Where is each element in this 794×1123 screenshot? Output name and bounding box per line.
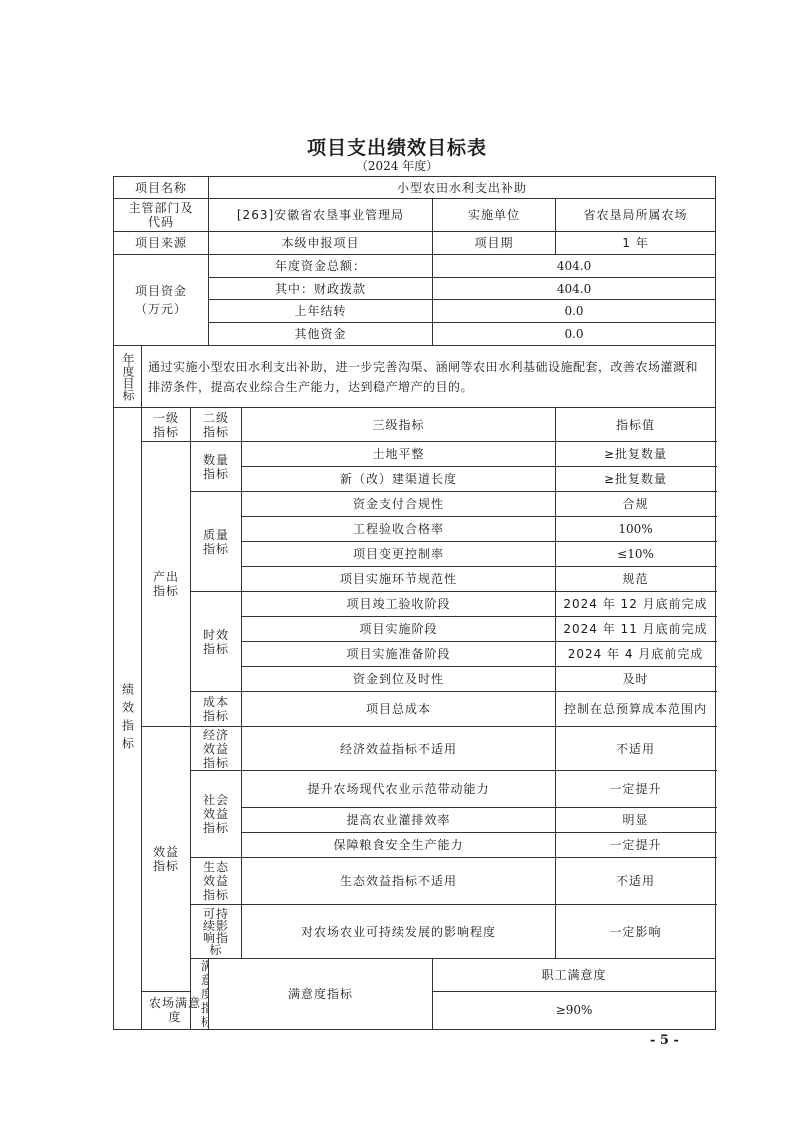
annual-goal-row: 年度目标 通过实施小型农田水利支出补助，进一步完善沟渠、涵闸等农田水利基础设施配…: [114, 346, 716, 408]
indicator-name: 项目变更控制率: [242, 542, 556, 567]
indicator-header-row: 绩效指标 一级指标 二级指标 三级指标 指标值: [114, 408, 716, 442]
indicator-name: 资金支付合规性: [242, 492, 556, 517]
indicator-name: 项目实施准备阶段: [242, 642, 556, 667]
indicator-value: ≥90%: [433, 991, 716, 1029]
indicator-name: 工程验收合格率: [242, 517, 556, 542]
impl-unit-value: 省农垦局所属农场: [556, 199, 716, 232]
indicator-value: 2024 年 11 月底前完成: [556, 617, 716, 642]
indicator-value: 2024 年 4 月底前完成: [556, 642, 716, 667]
period-label: 项目期: [433, 232, 556, 255]
period-value: 1 年: [556, 232, 716, 255]
indicator-value: 控制在总预算成本范围内: [556, 692, 716, 727]
funding-label: 项目资金（万元）: [114, 255, 209, 346]
project-name-label: 项目名称: [114, 177, 209, 199]
indicator-name: 项目实施阶段: [242, 617, 556, 642]
indicator-value: ≥批复数量: [556, 442, 716, 467]
funding-fiscal-value: 404.0: [433, 278, 716, 300]
indicator-name: 提高农业灌排效率: [242, 808, 556, 833]
indicator-value: ≤10%: [556, 542, 716, 567]
header-value: 指标值: [556, 408, 716, 442]
indicator-name: 提升农场现代农业示范带动能力: [242, 771, 556, 808]
document-title: 项目支出绩效目标表: [0, 133, 794, 160]
funding-total-label: 年度资金总额：: [209, 255, 433, 278]
funding-other-value: 0.0: [433, 323, 716, 346]
benefit-indicator-label: 效益指标: [142, 727, 191, 992]
source-row: 项目来源 本级申报项目 项目期 1 年: [114, 232, 716, 255]
indicator-value: 100%: [556, 517, 716, 542]
indicator-row: 时效指标 项目竣工验收阶段 2024 年 12 月底前完成: [114, 592, 716, 617]
cost-indicator-label: 成本指标: [191, 692, 242, 727]
indicator-value: 不适用: [556, 727, 716, 771]
funding-other-label: 其他资金: [209, 323, 433, 346]
header-level3: 三级指标: [242, 408, 556, 442]
department-label: 主管部门及代码: [114, 199, 209, 232]
indicator-row: 成本指标 项目总成本 控制在总预算成本范围内: [114, 692, 716, 727]
social-indicator-label: 社会效益指标: [191, 771, 242, 858]
indicator-value: 及时: [556, 667, 716, 692]
source-label: 项目来源: [114, 232, 209, 255]
quality-indicator-label: 质量指标: [191, 492, 242, 592]
sustainable-indicator-label: 可持续影响指标: [191, 905, 242, 959]
project-name-row: 项目名称 小型农田水利支出补助: [114, 177, 716, 199]
page-number: - 5 -: [650, 1033, 679, 1048]
indicator-name: 资金到位及时性: [242, 667, 556, 692]
indicator-row: 生态效益指标 生态效益指标不适用 不适用: [114, 858, 716, 905]
annual-goal-text: 通过实施小型农田水利支出补助，进一步完善沟渠、涵闸等农田水利基础设施配套，改善农…: [142, 346, 716, 408]
funding-carryover-label: 上年结转: [209, 300, 433, 323]
indicator-name: 保障粮食安全生产能力: [242, 833, 556, 858]
indicator-value: 一定提升: [556, 833, 716, 858]
economic-indicator-label: 经济效益指标: [191, 727, 242, 771]
impl-unit-label: 实施单位: [433, 199, 556, 232]
indicator-name: 土地平整: [242, 442, 556, 467]
indicator-row: 质量指标 资金支付合规性 合规: [114, 492, 716, 517]
funding-row: 项目资金（万元） 年度资金总额： 404.0: [114, 255, 716, 278]
annual-goal-label: 年度目标: [114, 346, 142, 408]
output-indicator-label: 产出指标: [142, 442, 191, 727]
project-name-value: 小型农田水利支出补助: [209, 177, 716, 199]
indicator-name: 新（改）建渠道长度: [242, 467, 556, 492]
indicator-name: 项目实施环节规范性: [242, 567, 556, 592]
indicator-name: 经济效益指标不适用: [242, 727, 556, 771]
indicator-row: 满意度指标 满意度指标 职工满意度 ≥90%: [114, 959, 716, 992]
indicator-value: 一定提升: [556, 771, 716, 808]
indicator-name: 生态效益指标不适用: [242, 858, 556, 905]
indicators-section-label-text: 绩效指标: [121, 683, 135, 755]
indicator-row: 效益指标 经济效益指标 经济效益指标不适用 不适用: [114, 727, 716, 771]
indicator-value: 规范: [556, 567, 716, 592]
indicator-value: 不适用: [556, 858, 716, 905]
indicator-row: 产出指标 数量指标 土地平整 ≥批复数量: [114, 442, 716, 467]
indicator-value: ≥批复数量: [556, 467, 716, 492]
indicator-row: 社会效益指标 提升农场现代农业示范带动能力 一定提升: [114, 771, 716, 808]
indicator-name: 农场满意度: [142, 991, 209, 1029]
indicators-section-label: 绩效指标: [114, 408, 142, 1030]
indicator-row: 可持续影响指标 对农场农业可持续发展的影响程度 一定影响: [114, 905, 716, 959]
indicator-value: 一定影响: [556, 905, 716, 959]
annual-goal-label-text: 年度目标: [120, 353, 135, 401]
indicator-name: 职工满意度: [433, 959, 716, 992]
source-value: 本级申报项目: [209, 232, 433, 255]
indicator-value: 2024 年 12 月底前完成: [556, 592, 716, 617]
ecological-indicator-label: 生态效益指标: [191, 858, 242, 905]
header-level1: 一级指标: [142, 408, 191, 442]
performance-target-table: 项目名称 小型农田水利支出补助 主管部门及代码 [263]安徽省农垦事业管理局 …: [113, 176, 716, 1030]
header-level2: 二级指标: [191, 408, 242, 442]
indicator-value: 明显: [556, 808, 716, 833]
indicator-name: 项目总成本: [242, 692, 556, 727]
satisfaction-sub-indicator-label: 满意度指标: [209, 959, 433, 1030]
department-row: 主管部门及代码 [263]安徽省农垦事业管理局 实施单位 省农垦局所属农场: [114, 199, 716, 232]
timeliness-indicator-label: 时效指标: [191, 592, 242, 692]
department-value: [263]安徽省农垦事业管理局: [209, 199, 433, 232]
quantity-indicator-label: 数量指标: [191, 442, 242, 492]
funding-fiscal-label: 其中：财政拨款: [209, 278, 433, 300]
document-subtitle: （2024 年度）: [0, 157, 794, 174]
funding-carryover-value: 0.0: [433, 300, 716, 323]
indicator-value: 合规: [556, 492, 716, 517]
indicator-name: 对农场农业可持续发展的影响程度: [242, 905, 556, 959]
funding-total-value: 404.0: [433, 255, 716, 278]
indicator-name: 项目竣工验收阶段: [242, 592, 556, 617]
